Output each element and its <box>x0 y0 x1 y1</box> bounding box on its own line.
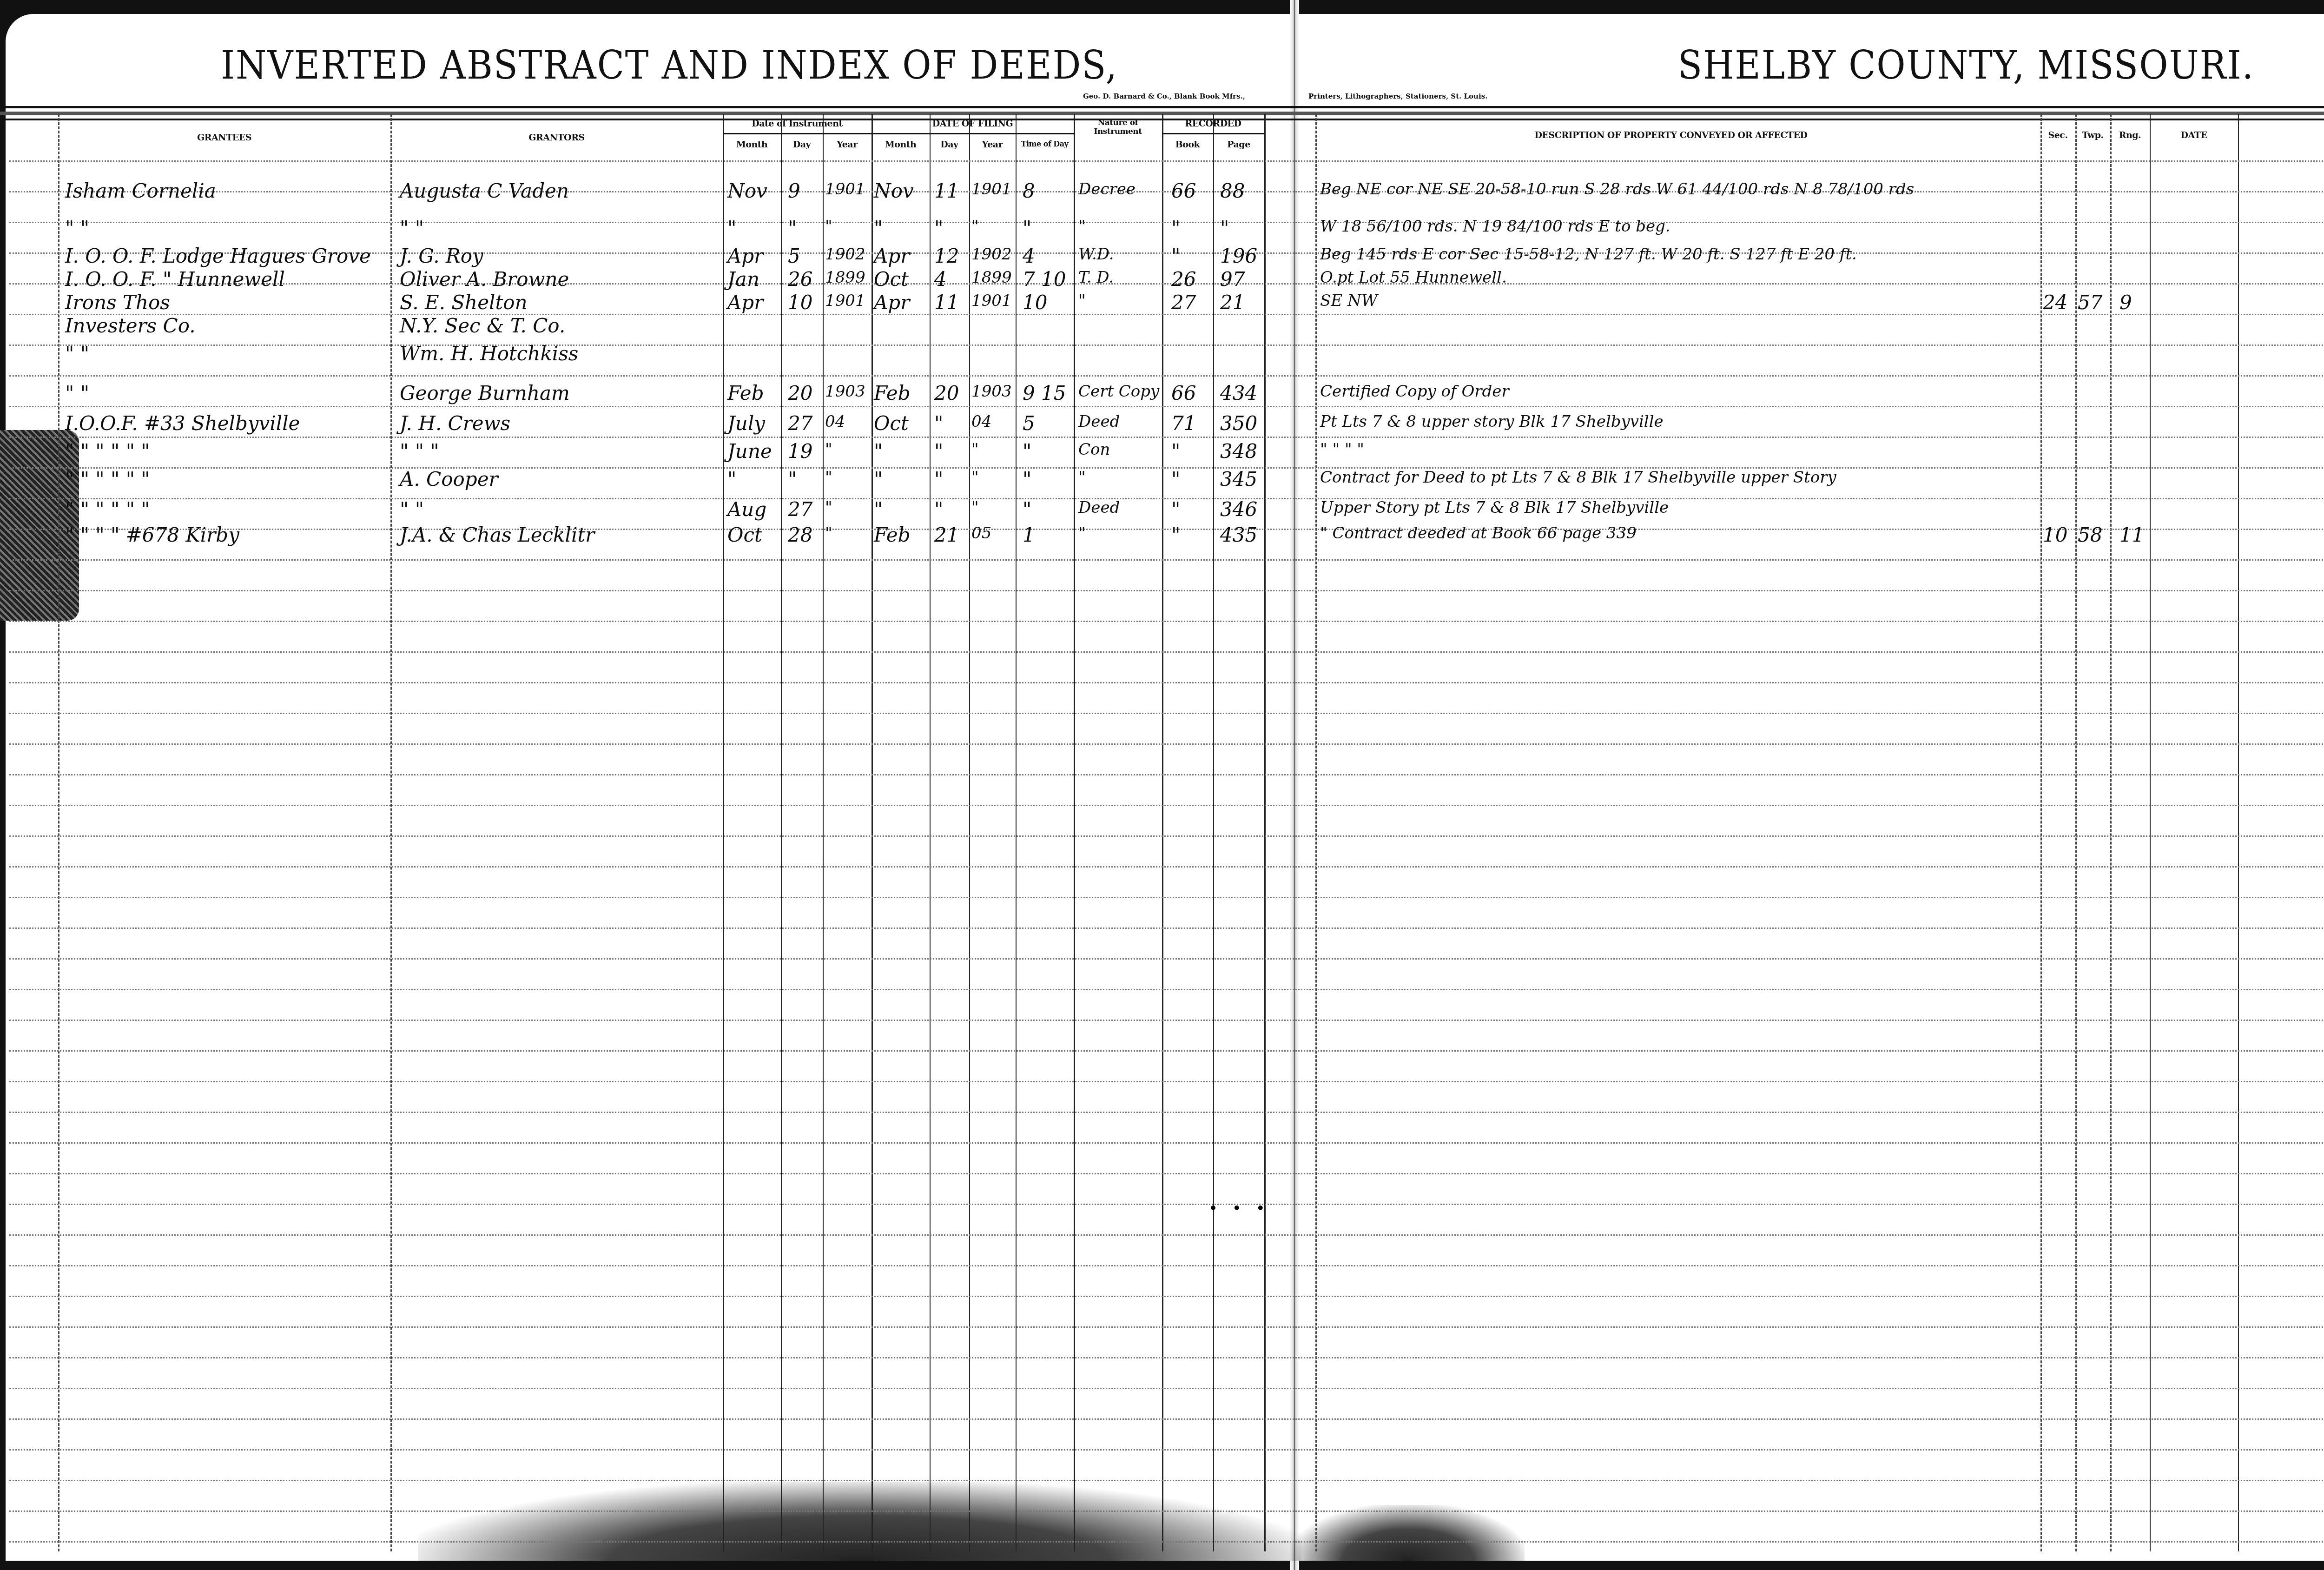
cell-inst-month: Apr <box>727 293 763 312</box>
cell-grantor: " " " <box>400 442 439 461</box>
cell-fil-day: 21 <box>934 525 959 545</box>
cell-description: O.pt Lot 55 Hunnewell. <box>1320 270 1507 285</box>
cell-grantee: " " " " " " <box>65 500 150 519</box>
column-divider <box>1213 114 1214 1551</box>
ruled-line <box>9 1449 2324 1451</box>
cell-inst-month: Jan <box>727 270 759 289</box>
col-page: Page <box>1213 139 1264 150</box>
cell-inst-day: 27 <box>788 500 812 519</box>
cell-grantor: " " <box>400 500 424 519</box>
cell-nature: Decree <box>1078 181 1136 197</box>
ink-spots: • • • <box>1208 1199 1270 1218</box>
right-title: SHELBY COUNTY, MISSOURI. <box>1678 42 2254 88</box>
cell-inst-month: " <box>727 470 736 489</box>
cell-page: 346 <box>1220 500 1257 519</box>
cell-grantor: Augusta C Vaden <box>400 181 569 201</box>
ruled-line <box>9 590 2324 591</box>
cell-grantee: I. O. O. F. " Hunnewell <box>65 270 285 289</box>
ruled-line <box>9 1112 2324 1113</box>
col-grantors: GRANTORS <box>390 132 723 143</box>
cell-grantee: I.O.O.F. #33 Shelbyville <box>65 414 300 433</box>
cell-fil-day: 4 <box>934 270 947 289</box>
cell-description: " " " " <box>1320 442 1364 457</box>
left-title: INVERTED ABSTRACT AND INDEX OF DEEDS, <box>221 42 1118 88</box>
cell-nature: Deed <box>1078 414 1120 430</box>
cell-fil-month: Oct <box>874 414 909 433</box>
cell-book: " <box>1171 500 1180 519</box>
cell-page: 348 <box>1220 442 1257 461</box>
cell-page: 350 <box>1220 414 1257 433</box>
cell-inst-day: 9 <box>788 181 800 201</box>
cell-grantee: Isham Cornelia <box>65 181 216 201</box>
cell-page: 434 <box>1220 384 1257 403</box>
column-divider <box>871 114 873 1551</box>
cell-grantor: J. H. Crews <box>400 414 510 433</box>
cell-description: " Contract deeded at Book 66 page 339 <box>1320 525 1637 541</box>
cell-inst-day: 19 <box>788 442 812 461</box>
ruled-line <box>9 314 2324 315</box>
cell-inst-month: Apr <box>727 246 763 266</box>
cell-fil-month: " <box>874 219 883 238</box>
column-divider <box>1264 114 1266 1551</box>
cell-inst-year: " <box>825 219 832 234</box>
cell-inst-day: 10 <box>788 293 812 312</box>
ruled-line <box>9 651 2324 653</box>
cell-time: 7 10 <box>1023 270 1066 289</box>
col-inst-day: Day <box>781 139 823 150</box>
ruled-line <box>9 743 2324 745</box>
column-divider <box>2040 114 2042 1551</box>
cell-inst-year: 04 <box>825 414 845 430</box>
cell-fil-year: 04 <box>971 414 991 430</box>
cell-book: " <box>1171 219 1180 238</box>
cell-page: 88 <box>1220 181 1245 201</box>
cell-inst-day: 20 <box>788 384 812 403</box>
cell-grantor: J.A. & Chas Lecklitr <box>400 525 594 545</box>
cell-description: SE NW <box>1320 293 1378 309</box>
cell-nature: " <box>1078 219 1086 234</box>
ruled-line <box>9 283 2324 285</box>
cell-inst-month: Nov <box>727 181 767 201</box>
ruled-line <box>9 375 2324 377</box>
ruled-line <box>9 1510 2324 1512</box>
cell-grantor: George Burnham <box>400 384 570 403</box>
cell-fil-month: Oct <box>874 270 909 289</box>
cell-nature: T. D. <box>1078 270 1114 285</box>
ruled-line <box>9 989 2324 990</box>
ruled-line <box>9 713 2324 714</box>
left-imprint: Geo. D. Barnard & Co., Blank Book Mfrs., <box>1083 92 1245 100</box>
col-sec: Sec. <box>2040 130 2075 140</box>
cell-fil-month: Feb <box>874 384 911 403</box>
col-nature-of-instrument: Nature of Instrument <box>1074 119 1162 136</box>
cell-grantee: " " " " " " <box>65 442 150 461</box>
cell-inst-year: 1899 <box>825 270 865 285</box>
cell-page: 345 <box>1220 470 1257 489</box>
ruled-line <box>9 1326 2324 1328</box>
cell-grantee: Irons Thos <box>65 293 170 312</box>
cell-grantor: A. Cooper <box>400 470 498 489</box>
ruled-line <box>9 1173 2324 1174</box>
cell-fil-day: " <box>934 470 943 489</box>
col-book: Book <box>1162 139 1213 150</box>
ruled-line <box>9 1081 2324 1082</box>
cell-inst-year: " <box>825 442 832 457</box>
cell-inst-day: 26 <box>788 270 812 289</box>
ruled-line <box>9 1541 2324 1543</box>
cell-inst-month: Feb <box>727 384 764 403</box>
ruled-line <box>9 1480 2324 1481</box>
ruled-line <box>9 1357 2324 1358</box>
cell-grantee: Investers Co. <box>65 316 196 336</box>
cell-page: " <box>1220 219 1229 238</box>
column-divider <box>2238 114 2239 1551</box>
cell-nature: Deed <box>1078 500 1120 516</box>
ruled-line <box>9 897 2324 898</box>
column-divider <box>969 114 970 1551</box>
ruled-line <box>9 529 2324 530</box>
cell-fil-day: 20 <box>934 384 959 403</box>
ruled-line <box>9 1050 2324 1052</box>
cell-fil-year: " <box>971 219 979 234</box>
cell-fil-year: 1901 <box>971 181 1012 197</box>
cell-grantee: " " " " " " <box>65 470 150 489</box>
cell-fil-day: 11 <box>934 293 959 312</box>
cell-inst-month: June <box>727 442 772 461</box>
cell-page: 97 <box>1220 270 1245 289</box>
cell-book: 66 <box>1171 384 1196 403</box>
ruled-line <box>9 1020 2324 1021</box>
ruled-line <box>9 958 2324 960</box>
col-inst-month: Month <box>723 139 781 150</box>
cell-fil-day: 12 <box>934 246 959 266</box>
cell-fil-month: Nov <box>874 181 914 201</box>
ruled-line <box>9 191 2324 192</box>
cell-fil-year: 1903 <box>971 384 1012 399</box>
cell-fil-day: " <box>934 500 943 519</box>
cell-fil-year: 1902 <box>971 246 1012 262</box>
cell-fil-month: Apr <box>874 246 910 266</box>
ruled-line <box>9 344 2324 346</box>
ruled-line <box>9 1296 2324 1297</box>
cell-inst-year: " <box>825 470 832 485</box>
column-divider <box>781 114 782 1551</box>
cell-rng: 11 <box>2119 525 2144 545</box>
cell-inst-day: 28 <box>788 525 812 545</box>
column-divider <box>823 114 824 1551</box>
cell-fil-year: 1899 <box>971 270 1012 285</box>
column-divider <box>930 114 931 1551</box>
ruled-line <box>9 559 2324 561</box>
cell-fil-year: " <box>971 470 979 485</box>
cell-time: " <box>1023 219 1031 238</box>
header-rule <box>0 106 2324 108</box>
cell-time: 8 <box>1023 181 1035 201</box>
subheader-rule <box>723 133 1074 134</box>
cell-book: 26 <box>1171 270 1196 289</box>
cell-time: " <box>1023 500 1031 519</box>
cell-nature: W.D. <box>1078 246 1114 262</box>
column-divider <box>1315 114 1317 1551</box>
cell-twp: 57 <box>2078 293 2102 312</box>
cell-inst-month: July <box>727 414 765 433</box>
cell-inst-year: " <box>825 525 832 541</box>
cell-grantee: " " <box>65 219 89 238</box>
cell-grantor: Oliver A. Browne <box>400 270 569 289</box>
cell-fil-year: 1901 <box>971 293 1012 309</box>
cell-grantor: Wm. H. Hotchkiss <box>400 344 578 364</box>
cell-twp: 58 <box>2078 525 2102 545</box>
col-grantees: GRANTEES <box>58 132 390 143</box>
cell-description: W 18 56/100 rds. N 19 84/100 rds E to be… <box>1320 219 1670 234</box>
cell-time: 10 <box>1023 293 1047 312</box>
cell-fil-month: Apr <box>874 293 910 312</box>
cell-rng: 9 <box>2119 293 2132 312</box>
cell-grantor: J. G. Roy <box>400 246 483 266</box>
cell-description: Beg 145 rds E cor Sec 15-58-12, N 127 ft… <box>1320 246 1857 262</box>
ruled-line <box>9 1204 2324 1205</box>
cell-time: 4 <box>1023 246 1035 266</box>
cell-fil-day: 11 <box>934 181 959 201</box>
ruled-line <box>9 805 2324 806</box>
cell-grantor: S. E. Shelton <box>400 293 528 312</box>
cell-nature: " <box>1078 470 1086 485</box>
ruled-line <box>9 160 2324 162</box>
cell-fil-month: Feb <box>874 525 911 545</box>
water-stain <box>1292 1505 1525 1561</box>
col-inst-year: Year <box>823 139 871 150</box>
book-gutter <box>1290 0 1299 1570</box>
cell-book: 66 <box>1171 181 1196 201</box>
cell-book: 71 <box>1171 414 1196 433</box>
ruled-line <box>9 927 2324 929</box>
cell-inst-year: 1901 <box>825 293 865 309</box>
cell-description: Pt Lts 7 & 8 upper story Blk 17 Shelbyvi… <box>1320 414 1664 430</box>
cell-description: Certified Copy of Order <box>1320 384 1509 399</box>
col-description: DESCRIPTION OF PROPERTY CONVEYED OR AFFE… <box>1301 130 2040 140</box>
cell-grantee: " " <box>65 344 89 364</box>
cell-sec: 24 <box>2043 293 2067 312</box>
ruled-line <box>9 1418 2324 1420</box>
cell-grantee: " " <box>65 384 89 403</box>
cell-time: 1 <box>1023 525 1035 545</box>
cell-nature: Cert Copy <box>1078 384 1159 399</box>
ruled-line <box>9 1265 2324 1266</box>
cell-inst-year: 1901 <box>825 181 865 197</box>
cell-description: Beg NE cor NE SE 20-58-10 run S 28 rds W… <box>1320 181 1914 197</box>
col-twp: Twp. <box>2075 130 2110 140</box>
cell-sec: 10 <box>2043 525 2067 545</box>
cell-page: 196 <box>1220 246 1257 266</box>
column-divider <box>58 114 59 1551</box>
cell-grantee: I. O. O. F. Lodge Hagues Grove <box>65 246 371 266</box>
cell-inst-day: 27 <box>788 414 812 433</box>
cell-fil-year: " <box>971 500 979 516</box>
col-to-whom-sent: TO WHOM SENT <box>2238 130 2324 140</box>
water-stain <box>418 1482 1301 1561</box>
ruled-line <box>9 437 2324 438</box>
ruled-line <box>9 682 2324 683</box>
cell-inst-month: Aug <box>727 500 766 519</box>
cell-time: " <box>1023 442 1031 461</box>
cell-time: 9 15 <box>1023 384 1066 403</box>
col-date: DATE <box>2150 130 2238 140</box>
col-fil-day: Day <box>930 139 969 150</box>
cell-nature: " <box>1078 525 1086 541</box>
cell-fil-day: " <box>934 219 943 238</box>
cell-fil-year: 05 <box>971 525 991 541</box>
cell-inst-day: 5 <box>788 246 800 266</box>
cell-nature: " <box>1078 293 1086 309</box>
cell-book: " <box>1171 525 1180 545</box>
cell-inst-month: " <box>727 219 736 238</box>
cell-fil-month: " <box>874 442 883 461</box>
cell-book: " <box>1171 246 1180 266</box>
ruled-line <box>9 406 2324 407</box>
col-fil-year: Year <box>969 139 1016 150</box>
cell-fil-month: " <box>874 470 883 489</box>
ruled-line <box>9 1388 2324 1389</box>
cell-book: " <box>1171 442 1180 461</box>
cell-description: Upper Story pt Lts 7 & 8 Blk 17 Shelbyvi… <box>1320 500 1669 516</box>
column-divider <box>1162 114 1163 1551</box>
ruled-line <box>9 774 2324 775</box>
cell-grantor: " " <box>400 219 424 238</box>
cell-grantee: " " " " #678 Kirby <box>65 525 239 545</box>
col-rng: Rng. <box>2110 130 2150 140</box>
column-divider <box>1016 114 1017 1551</box>
column-divider <box>2075 114 2077 1551</box>
cell-time: " <box>1023 470 1031 489</box>
ruled-line <box>9 835 2324 837</box>
col-date-of-filing: DATE OF FILING <box>871 119 1074 129</box>
cell-fil-day: " <box>934 442 943 461</box>
cell-inst-day: " <box>788 470 797 489</box>
cell-book: " <box>1171 470 1180 489</box>
cell-inst-day: " <box>788 219 797 238</box>
ruled-line <box>9 498 2324 499</box>
cell-book: 27 <box>1171 293 1196 312</box>
ruled-line <box>9 621 2324 622</box>
col-date-of-instrument: Date of Instrument <box>723 119 871 129</box>
col-fil-month: Month <box>871 139 930 150</box>
column-divider <box>723 114 724 1551</box>
cell-nature: Con <box>1078 442 1110 457</box>
ruled-line <box>9 467 2324 469</box>
col-time-of-day: Time of Day <box>1016 139 1074 148</box>
cell-inst-year: 1903 <box>825 384 865 399</box>
cell-time: 5 <box>1023 414 1035 433</box>
cell-page: 435 <box>1220 525 1257 545</box>
cell-fil-day: " <box>934 414 943 433</box>
cell-description: Contract for Deed to pt Lts 7 & 8 Blk 17… <box>1320 470 1836 485</box>
ruled-line <box>9 866 2324 868</box>
cell-inst-month: Oct <box>727 525 762 545</box>
ruled-line <box>9 1234 2324 1236</box>
cell-inst-year: " <box>825 500 832 516</box>
right-imprint: Printers, Lithographers, Stationers, St.… <box>1308 92 1487 100</box>
ruled-line <box>9 222 2324 223</box>
cell-inst-year: 1902 <box>825 246 865 262</box>
cell-page: 21 <box>1220 293 1245 312</box>
cell-grantor: N.Y. Sec & T. Co. <box>400 316 565 336</box>
ruled-line <box>9 1142 2324 1144</box>
column-divider <box>390 114 392 1551</box>
cell-fil-year: " <box>971 442 979 457</box>
column-divider <box>2110 114 2112 1551</box>
column-divider <box>1074 114 1075 1551</box>
column-divider <box>2150 114 2151 1551</box>
cell-fil-month: " <box>874 500 883 519</box>
